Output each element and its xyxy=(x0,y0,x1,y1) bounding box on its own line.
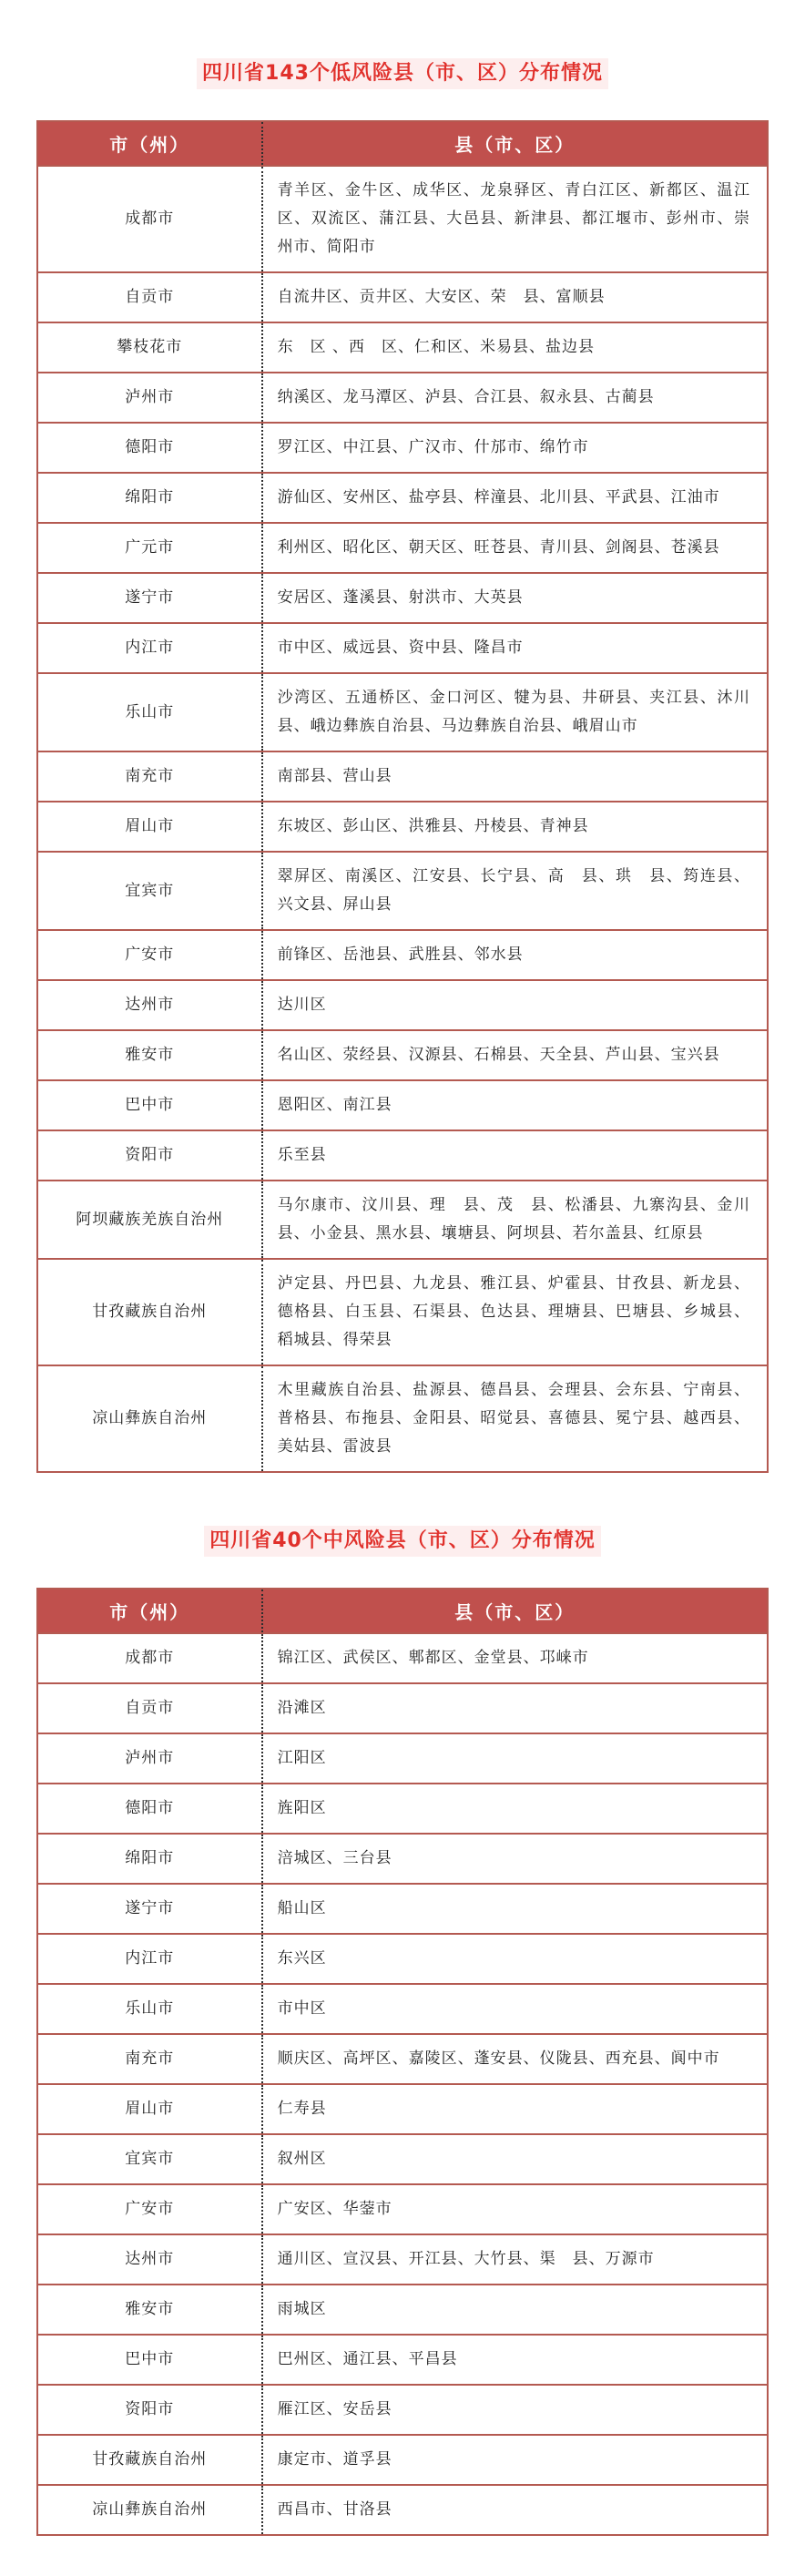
county-column-header: 县（市、区） xyxy=(262,121,768,166)
mid-risk-table-body: 成都市锦江区、武侯区、郫都区、金堂县、邛崃市自贡市沿滩区泸州市江阳区德阳市旌阳区… xyxy=(37,1633,768,2535)
counties-cell: 前锋区、岳池县、武胜县、邻水县 xyxy=(262,930,768,980)
counties-cell: 乐至县 xyxy=(262,1130,768,1181)
counties-cell: 名山区、荥经县、汉源县、石棉县、天全县、芦山县、宝兴县 xyxy=(262,1030,768,1080)
table-row: 宜宾市叙州区 xyxy=(37,2134,768,2184)
counties-cell: 叙州区 xyxy=(262,2134,768,2184)
city-cell: 自贡市 xyxy=(37,1683,262,1733)
city-cell: 绵阳市 xyxy=(37,473,262,523)
counties-cell: 青羊区、金牛区、成华区、龙泉驿区、青白江区、新都区、温江区、双流区、蒲江县、大邑… xyxy=(262,166,768,272)
table-row: 巴中市巴州区、通江县、平昌县 xyxy=(37,2335,768,2385)
counties-cell: 沙湾区、五通桥区、金口河区、犍为县、井研县、夹江县、沐川县、峨边彝族自治县、马边… xyxy=(262,673,768,751)
city-cell: 巴中市 xyxy=(37,1080,262,1130)
city-cell: 成都市 xyxy=(37,166,262,272)
city-cell: 自贡市 xyxy=(37,272,262,322)
city-cell: 泸州市 xyxy=(37,373,262,423)
city-cell: 广安市 xyxy=(37,930,262,980)
city-cell: 南充市 xyxy=(37,2034,262,2084)
mid-risk-table-header: 市（州） 县（市、区） xyxy=(37,1589,768,1633)
table-row: 德阳市旌阳区 xyxy=(37,1784,768,1834)
table-row: 遂宁市安居区、蓬溪县、射洪市、大英县 xyxy=(37,573,768,623)
counties-cell: 西昌市、甘洛县 xyxy=(262,2485,768,2535)
counties-cell: 南部县、营山县 xyxy=(262,751,768,802)
city-cell: 资阳市 xyxy=(37,2385,262,2435)
low-risk-table: 市（州） 县（市、区） 成都市青羊区、金牛区、成华区、龙泉驿区、青白江区、新都区… xyxy=(36,120,769,1473)
table-row: 雅安市名山区、荥经县、汉源县、石棉县、天全县、芦山县、宝兴县 xyxy=(37,1030,768,1080)
table-row: 甘孜藏族自治州康定市、道孚县 xyxy=(37,2435,768,2485)
city-cell: 阿坝藏族羌族自治州 xyxy=(37,1181,262,1259)
counties-cell: 利州区、昭化区、朝天区、旺苍县、青川县、剑阁县、苍溪县 xyxy=(262,523,768,573)
counties-cell: 市中区 xyxy=(262,1984,768,2034)
mid-risk-table: 市（州） 县（市、区） 成都市锦江区、武侯区、郫都区、金堂县、邛崃市自贡市沿滩区… xyxy=(36,1588,769,2536)
counties-cell: 恩阳区、南江县 xyxy=(262,1080,768,1130)
table-row: 凉山彝族自治州木里藏族自治县、盐源县、德昌县、会理县、会东县、宁南县、普格县、布… xyxy=(37,1365,768,1472)
city-cell: 资阳市 xyxy=(37,1130,262,1181)
table-row: 凉山彝族自治州西昌市、甘洛县 xyxy=(37,2485,768,2535)
counties-cell: 船山区 xyxy=(262,1884,768,1934)
counties-cell: 江阳区 xyxy=(262,1733,768,1784)
city-cell: 内江市 xyxy=(37,623,262,673)
counties-cell: 罗江区、中江县、广汉市、什邡市、绵竹市 xyxy=(262,423,768,473)
counties-cell: 翠屏区、南溪区、江安县、长宁县、高 县、珙 县、筠连县、兴文县、屏山县 xyxy=(262,852,768,930)
counties-cell: 涪城区、三台县 xyxy=(262,1834,768,1884)
table-row: 达州市达川区 xyxy=(37,980,768,1030)
counties-cell: 雨城区 xyxy=(262,2285,768,2335)
table-row: 甘孜藏族自治州泸定县、丹巴县、九龙县、雅江县、炉霍县、甘孜县、新龙县、德格县、白… xyxy=(37,1259,768,1365)
city-column-header: 市（州） xyxy=(37,121,262,166)
city-cell: 凉山彝族自治州 xyxy=(37,1365,262,1472)
counties-cell: 市中区、威远县、资中县、隆昌市 xyxy=(262,623,768,673)
city-cell: 乐山市 xyxy=(37,1984,262,2034)
city-cell: 泸州市 xyxy=(37,1733,262,1784)
counties-cell: 雁江区、安岳县 xyxy=(262,2385,768,2435)
city-cell: 德阳市 xyxy=(37,1784,262,1834)
table-row: 南充市顺庆区、高坪区、嘉陵区、蓬安县、仪陇县、西充县、阆中市 xyxy=(37,2034,768,2084)
counties-cell: 仁寿县 xyxy=(262,2084,768,2134)
mid-risk-title: 四川省40个中风险县（市、区）分布情况 xyxy=(36,1526,769,1557)
city-cell: 凉山彝族自治州 xyxy=(37,2485,262,2535)
counties-cell: 安居区、蓬溪县、射洪市、大英县 xyxy=(262,573,768,623)
city-cell: 甘孜藏族自治州 xyxy=(37,2435,262,2485)
mid-risk-title-text: 四川省40个中风险县（市、区）分布情况 xyxy=(204,1526,601,1557)
table-row: 内江市东兴区 xyxy=(37,1934,768,1984)
city-cell: 眉山市 xyxy=(37,2084,262,2134)
counties-cell: 广安区、华蓥市 xyxy=(262,2184,768,2234)
city-cell: 德阳市 xyxy=(37,423,262,473)
table-row: 自贡市沿滩区 xyxy=(37,1683,768,1733)
city-cell: 宜宾市 xyxy=(37,852,262,930)
counties-cell: 康定市、道孚县 xyxy=(262,2435,768,2485)
city-cell: 眉山市 xyxy=(37,802,262,852)
counties-cell: 纳溪区、龙马潭区、泸县、合江县、叙永县、古蔺县 xyxy=(262,373,768,423)
counties-cell: 沿滩区 xyxy=(262,1683,768,1733)
counties-cell: 顺庆区、高坪区、嘉陵区、蓬安县、仪陇县、西充县、阆中市 xyxy=(262,2034,768,2084)
counties-cell: 达川区 xyxy=(262,980,768,1030)
table-row: 广安市广安区、华蓥市 xyxy=(37,2184,768,2234)
counties-cell: 游仙区、安州区、盐亭县、梓潼县、北川县、平武县、江油市 xyxy=(262,473,768,523)
table-row: 资阳市乐至县 xyxy=(37,1130,768,1181)
city-cell: 绵阳市 xyxy=(37,1834,262,1884)
counties-cell: 自流井区、贡井区、大安区、荣 县、富顺县 xyxy=(262,272,768,322)
table-row: 阿坝藏族羌族自治州马尔康市、汶川县、理 县、茂 县、松潘县、九寨沟县、金川县、小… xyxy=(37,1181,768,1259)
counties-cell: 巴州区、通江县、平昌县 xyxy=(262,2335,768,2385)
city-cell: 成都市 xyxy=(37,1633,262,1683)
table-row: 泸州市江阳区 xyxy=(37,1733,768,1784)
counties-cell: 马尔康市、汶川县、理 县、茂 县、松潘县、九寨沟县、金川县、小金县、黑水县、壤塘… xyxy=(262,1181,768,1259)
counties-cell: 旌阳区 xyxy=(262,1784,768,1834)
table-row: 绵阳市游仙区、安州区、盐亭县、梓潼县、北川县、平武县、江油市 xyxy=(37,473,768,523)
table-row: 资阳市雁江区、安岳县 xyxy=(37,2385,768,2435)
city-column-header: 市（州） xyxy=(37,1589,262,1633)
city-cell: 达州市 xyxy=(37,2234,262,2285)
city-cell: 雅安市 xyxy=(37,1030,262,1080)
table-row: 泸州市纳溪区、龙马潭区、泸县、合江县、叙永县、古蔺县 xyxy=(37,373,768,423)
table-row: 攀枝花市东 区 、西 区、仁和区、米易县、盐边县 xyxy=(37,322,768,373)
low-risk-title: 四川省143个低风险县（市、区）分布情况 xyxy=(36,58,769,89)
table-row: 内江市市中区、威远县、资中县、隆昌市 xyxy=(37,623,768,673)
document-page: 四川省143个低风险县（市、区）分布情况 市（州） 县（市、区） 成都市青羊区、… xyxy=(0,0,805,2576)
city-cell: 巴中市 xyxy=(37,2335,262,2385)
table-row: 自贡市自流井区、贡井区、大安区、荣 县、富顺县 xyxy=(37,272,768,322)
city-cell: 遂宁市 xyxy=(37,573,262,623)
low-risk-table-body: 成都市青羊区、金牛区、成华区、龙泉驿区、青白江区、新都区、温江区、双流区、蒲江县… xyxy=(37,166,768,1472)
table-row: 雅安市雨城区 xyxy=(37,2285,768,2335)
counties-cell: 东坡区、彭山区、洪雅县、丹棱县、青神县 xyxy=(262,802,768,852)
counties-cell: 泸定县、丹巴县、九龙县、雅江县、炉霍县、甘孜县、新龙县、德格县、白玉县、石渠县、… xyxy=(262,1259,768,1365)
table-row: 眉山市东坡区、彭山区、洪雅县、丹棱县、青神县 xyxy=(37,802,768,852)
counties-cell: 东 区 、西 区、仁和区、米易县、盐边县 xyxy=(262,322,768,373)
city-cell: 甘孜藏族自治州 xyxy=(37,1259,262,1365)
city-cell: 遂宁市 xyxy=(37,1884,262,1934)
table-row: 眉山市仁寿县 xyxy=(37,2084,768,2134)
city-cell: 达州市 xyxy=(37,980,262,1030)
table-row: 广元市利州区、昭化区、朝天区、旺苍县、青川县、剑阁县、苍溪县 xyxy=(37,523,768,573)
city-cell: 乐山市 xyxy=(37,673,262,751)
header-row: 市（州） 县（市、区） xyxy=(37,121,768,166)
table-row: 乐山市沙湾区、五通桥区、金口河区、犍为县、井研县、夹江县、沐川县、峨边彝族自治县… xyxy=(37,673,768,751)
table-row: 乐山市市中区 xyxy=(37,1984,768,2034)
table-row: 成都市青羊区、金牛区、成华区、龙泉驿区、青白江区、新都区、温江区、双流区、蒲江县… xyxy=(37,166,768,272)
table-row: 巴中市恩阳区、南江县 xyxy=(37,1080,768,1130)
city-cell: 广安市 xyxy=(37,2184,262,2234)
low-risk-title-text: 四川省143个低风险县（市、区）分布情况 xyxy=(197,58,608,89)
table-row: 宜宾市翠屏区、南溪区、江安县、长宁县、高 县、珙 县、筠连县、兴文县、屏山县 xyxy=(37,852,768,930)
table-row: 德阳市罗江区、中江县、广汉市、什邡市、绵竹市 xyxy=(37,423,768,473)
table-row: 南充市南部县、营山县 xyxy=(37,751,768,802)
table-row: 达州市通川区、宣汉县、开江县、大竹县、渠 县、万源市 xyxy=(37,2234,768,2285)
table-row: 成都市锦江区、武侯区、郫都区、金堂县、邛崃市 xyxy=(37,1633,768,1683)
city-cell: 南充市 xyxy=(37,751,262,802)
table-row: 遂宁市船山区 xyxy=(37,1884,768,1934)
county-column-header: 县（市、区） xyxy=(262,1589,768,1633)
counties-cell: 通川区、宣汉县、开江县、大竹县、渠 县、万源市 xyxy=(262,2234,768,2285)
low-risk-table-header: 市（州） 县（市、区） xyxy=(37,121,768,166)
city-cell: 宜宾市 xyxy=(37,2134,262,2184)
city-cell: 雅安市 xyxy=(37,2285,262,2335)
counties-cell: 木里藏族自治县、盐源县、德昌县、会理县、会东县、宁南县、普格县、布拖县、金阳县、… xyxy=(262,1365,768,1472)
city-cell: 内江市 xyxy=(37,1934,262,1984)
table-row: 广安市前锋区、岳池县、武胜县、邻水县 xyxy=(37,930,768,980)
city-cell: 攀枝花市 xyxy=(37,322,262,373)
city-cell: 广元市 xyxy=(37,523,262,573)
counties-cell: 东兴区 xyxy=(262,1934,768,1984)
header-row: 市（州） 县（市、区） xyxy=(37,1589,768,1633)
counties-cell: 锦江区、武侯区、郫都区、金堂县、邛崃市 xyxy=(262,1633,768,1683)
table-row: 绵阳市涪城区、三台县 xyxy=(37,1834,768,1884)
